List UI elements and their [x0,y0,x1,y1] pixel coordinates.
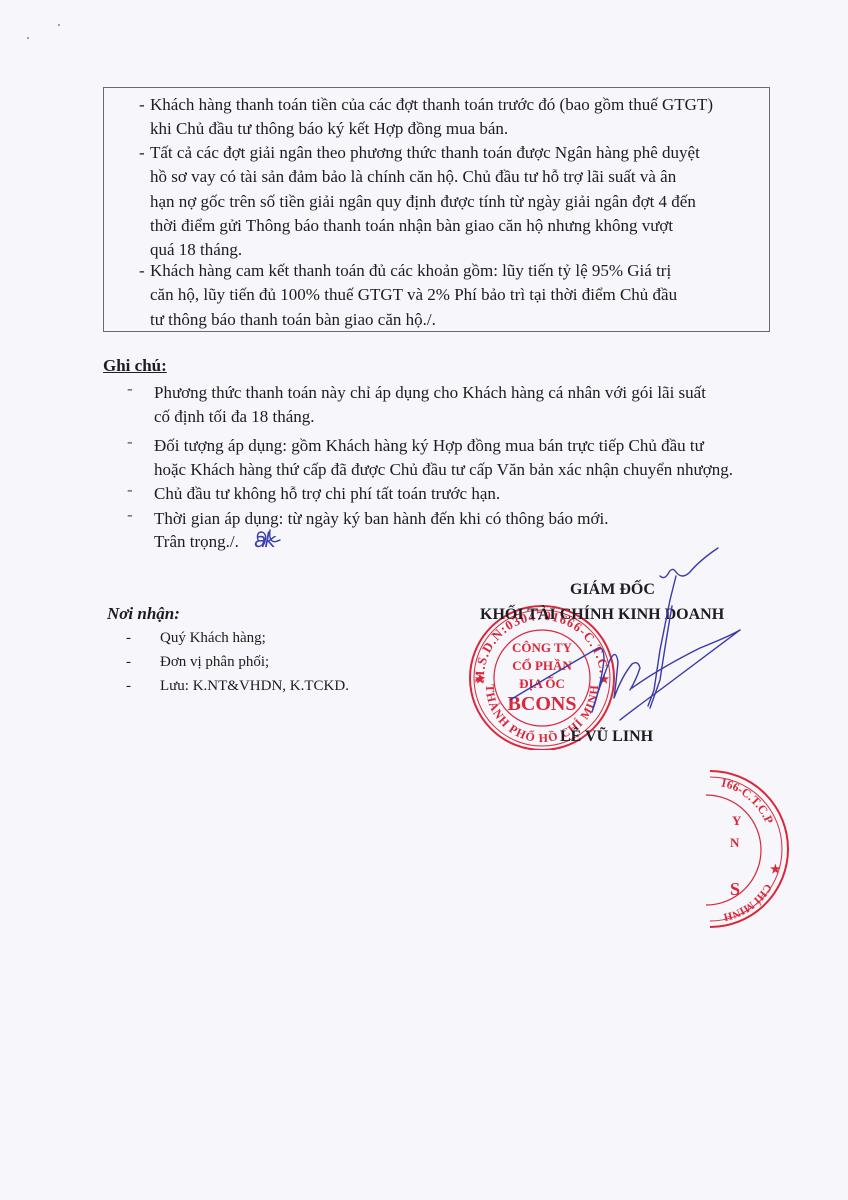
scan-speck [58,24,60,26]
stamp-star-icon: ★ [599,672,610,686]
condition-line: Khách hàng cam kết thanh toán đủ các kho… [150,259,764,283]
condition-line: thời điểm gửi Thông báo thanh toán nhận … [150,214,764,238]
bullet-dash: - [127,503,133,527]
condition-item: - Tất cả các đợt giải ngân theo phương t… [150,141,764,262]
note-line: cố định tối đa 18 tháng. [154,405,772,429]
condition-line: Khách hàng thanh toán tiền của các đợt t… [150,93,764,117]
handwritten-initials: ak [254,528,274,552]
recipient-label: Đơn vị phân phối; [160,654,269,670]
condition-item: - Khách hàng thanh toán tiền của các đợt… [150,93,764,142]
note-line: Chủ đầu tư không hỗ trợ chi phí tất toán… [154,482,772,506]
recipients-title: Nơi nhận: [107,604,180,624]
note-item: - Phương thức thanh toán này chỉ áp dụng… [154,381,772,429]
stamp-star-icon: ★ [770,862,781,876]
bullet-dash: - [127,377,133,401]
closing-regards: Trân trọng./. [154,532,239,552]
bullet-dash: - [126,654,131,671]
bullet-dash: - [127,430,133,454]
bullet-dash: - [139,259,145,283]
stamp-company-name: BCONS [508,693,577,715]
note-item: - Chủ đầu tư không hỗ trợ chi phí tất to… [154,482,772,506]
note-line: Phương thức thanh toán này chỉ áp dụng c… [154,381,772,405]
stamp-line: CÔNG TY [512,640,573,655]
scan-speck [27,37,29,39]
recipient-item: - Lưu: K.NT&VHDN, K.TCKD. [160,678,349,695]
conditions-box: - Khách hàng thanh toán tiền của các đợt… [103,87,770,332]
recipient-item: - Quý Khách hàng; [160,630,266,647]
signer-department: KHỐI TÀI CHÍNH KINH DOANH [480,606,724,624]
signer-name: LÊ VŨ LINH [560,728,653,746]
bullet-dash: - [139,93,145,117]
partial-stamp-top-text: 166-C.T.C.P [719,775,776,826]
recipient-item: - Đơn vị phân phối; [160,654,269,671]
note-line: Thời gian áp dụng: từ ngày ký ban hành đ… [154,507,772,531]
condition-line: hạn nợ gốc trên số tiền giải ngân quy đị… [150,190,764,214]
signer-position: GIÁM ĐỐC [570,581,655,599]
bullet-dash: - [126,630,131,647]
svg-text:166-C.T.C.P: 166-C.T.C.P [719,775,776,826]
partial-stamp-letter: S [730,879,740,899]
partial-stamp-letter: N [730,835,740,850]
condition-line: hồ sơ vay có tài sản đảm bảo là chính că… [150,165,764,189]
note-line: hoặc Khách hàng thứ cấp đã được Chủ đầu … [154,458,772,482]
condition-line: Tất cả các đợt giải ngân theo phương thứ… [150,141,764,165]
notes-title: Ghi chú: [103,356,167,376]
partial-stamp-letter: Y [732,813,742,828]
condition-line: khi Chủ đầu tư thông báo ký kết Hợp đồng… [150,117,764,141]
condition-line: tư thông báo thanh toán bàn giao căn hộ.… [150,308,764,332]
note-item: - Đối tượng áp dụng: gồm Khách hàng ký H… [154,434,772,482]
bullet-dash: - [139,141,145,165]
condition-item: - Khách hàng cam kết thanh toán đủ các k… [150,259,764,332]
note-line: Đối tượng áp dụng: gồm Khách hàng ký Hợp… [154,434,772,458]
stamp-star-icon: ★ [475,672,486,686]
bullet-dash: - [127,478,133,502]
bullet-dash: - [126,678,131,695]
stamp-line: CỔ PHẦN [512,658,572,673]
recipient-label: Lưu: K.NT&VHDN, K.TCKD. [160,678,349,694]
recipient-label: Quý Khách hàng; [160,630,266,646]
stamp-line: ĐỊA ỐC [519,676,565,691]
note-item: - Thời gian áp dụng: từ ngày ký ban hành… [154,507,772,531]
partial-stamp: 166-C.T.C.P CHÍ MINH Y N S ★ [690,765,800,935]
condition-line: căn hộ, lũy tiến đủ 100% thuế GTGT và 2%… [150,283,764,307]
